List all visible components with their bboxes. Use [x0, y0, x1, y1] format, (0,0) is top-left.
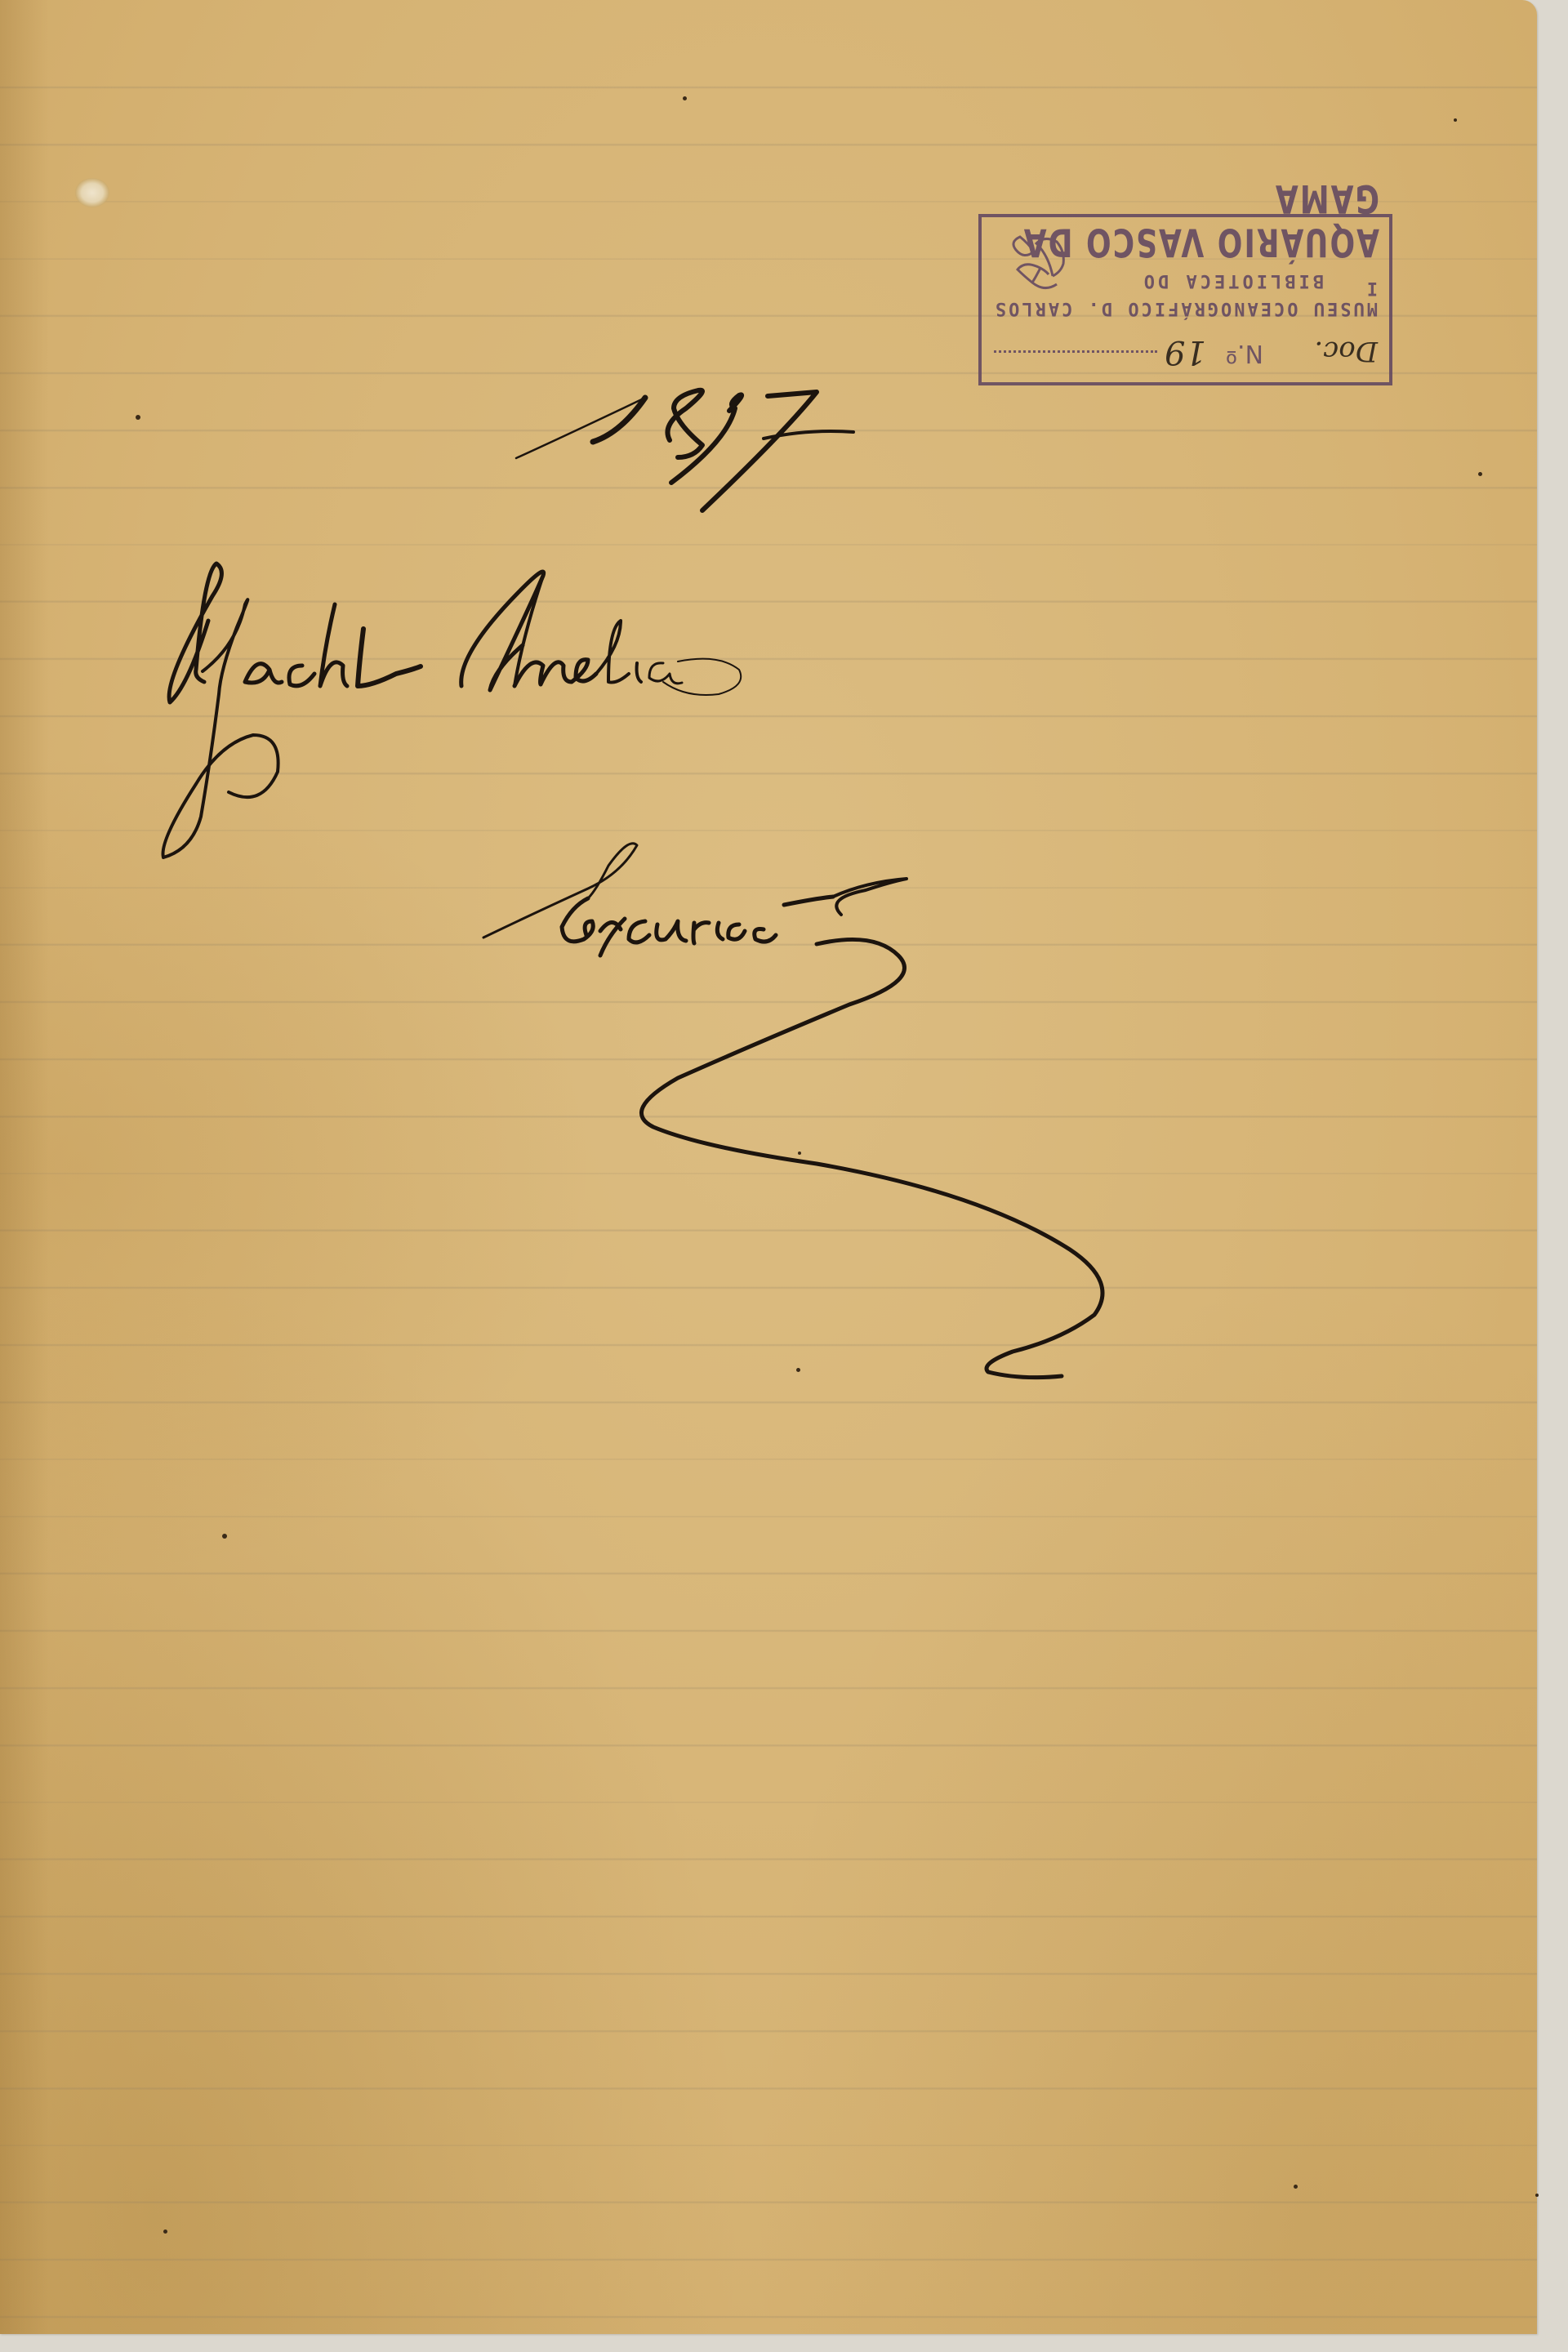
handwriting-layer: 1897 Yacht Amelia Yacht Amelia Excursõe — [0, 0, 1568, 2352]
handwritten-subtitle — [483, 844, 1102, 1378]
subtitle-text: Excursões — [0, 0, 68, 3]
handwritten-title-yacht — [163, 563, 421, 857]
handwritten-title-amelia — [461, 572, 742, 695]
handwritten-year — [516, 390, 853, 510]
